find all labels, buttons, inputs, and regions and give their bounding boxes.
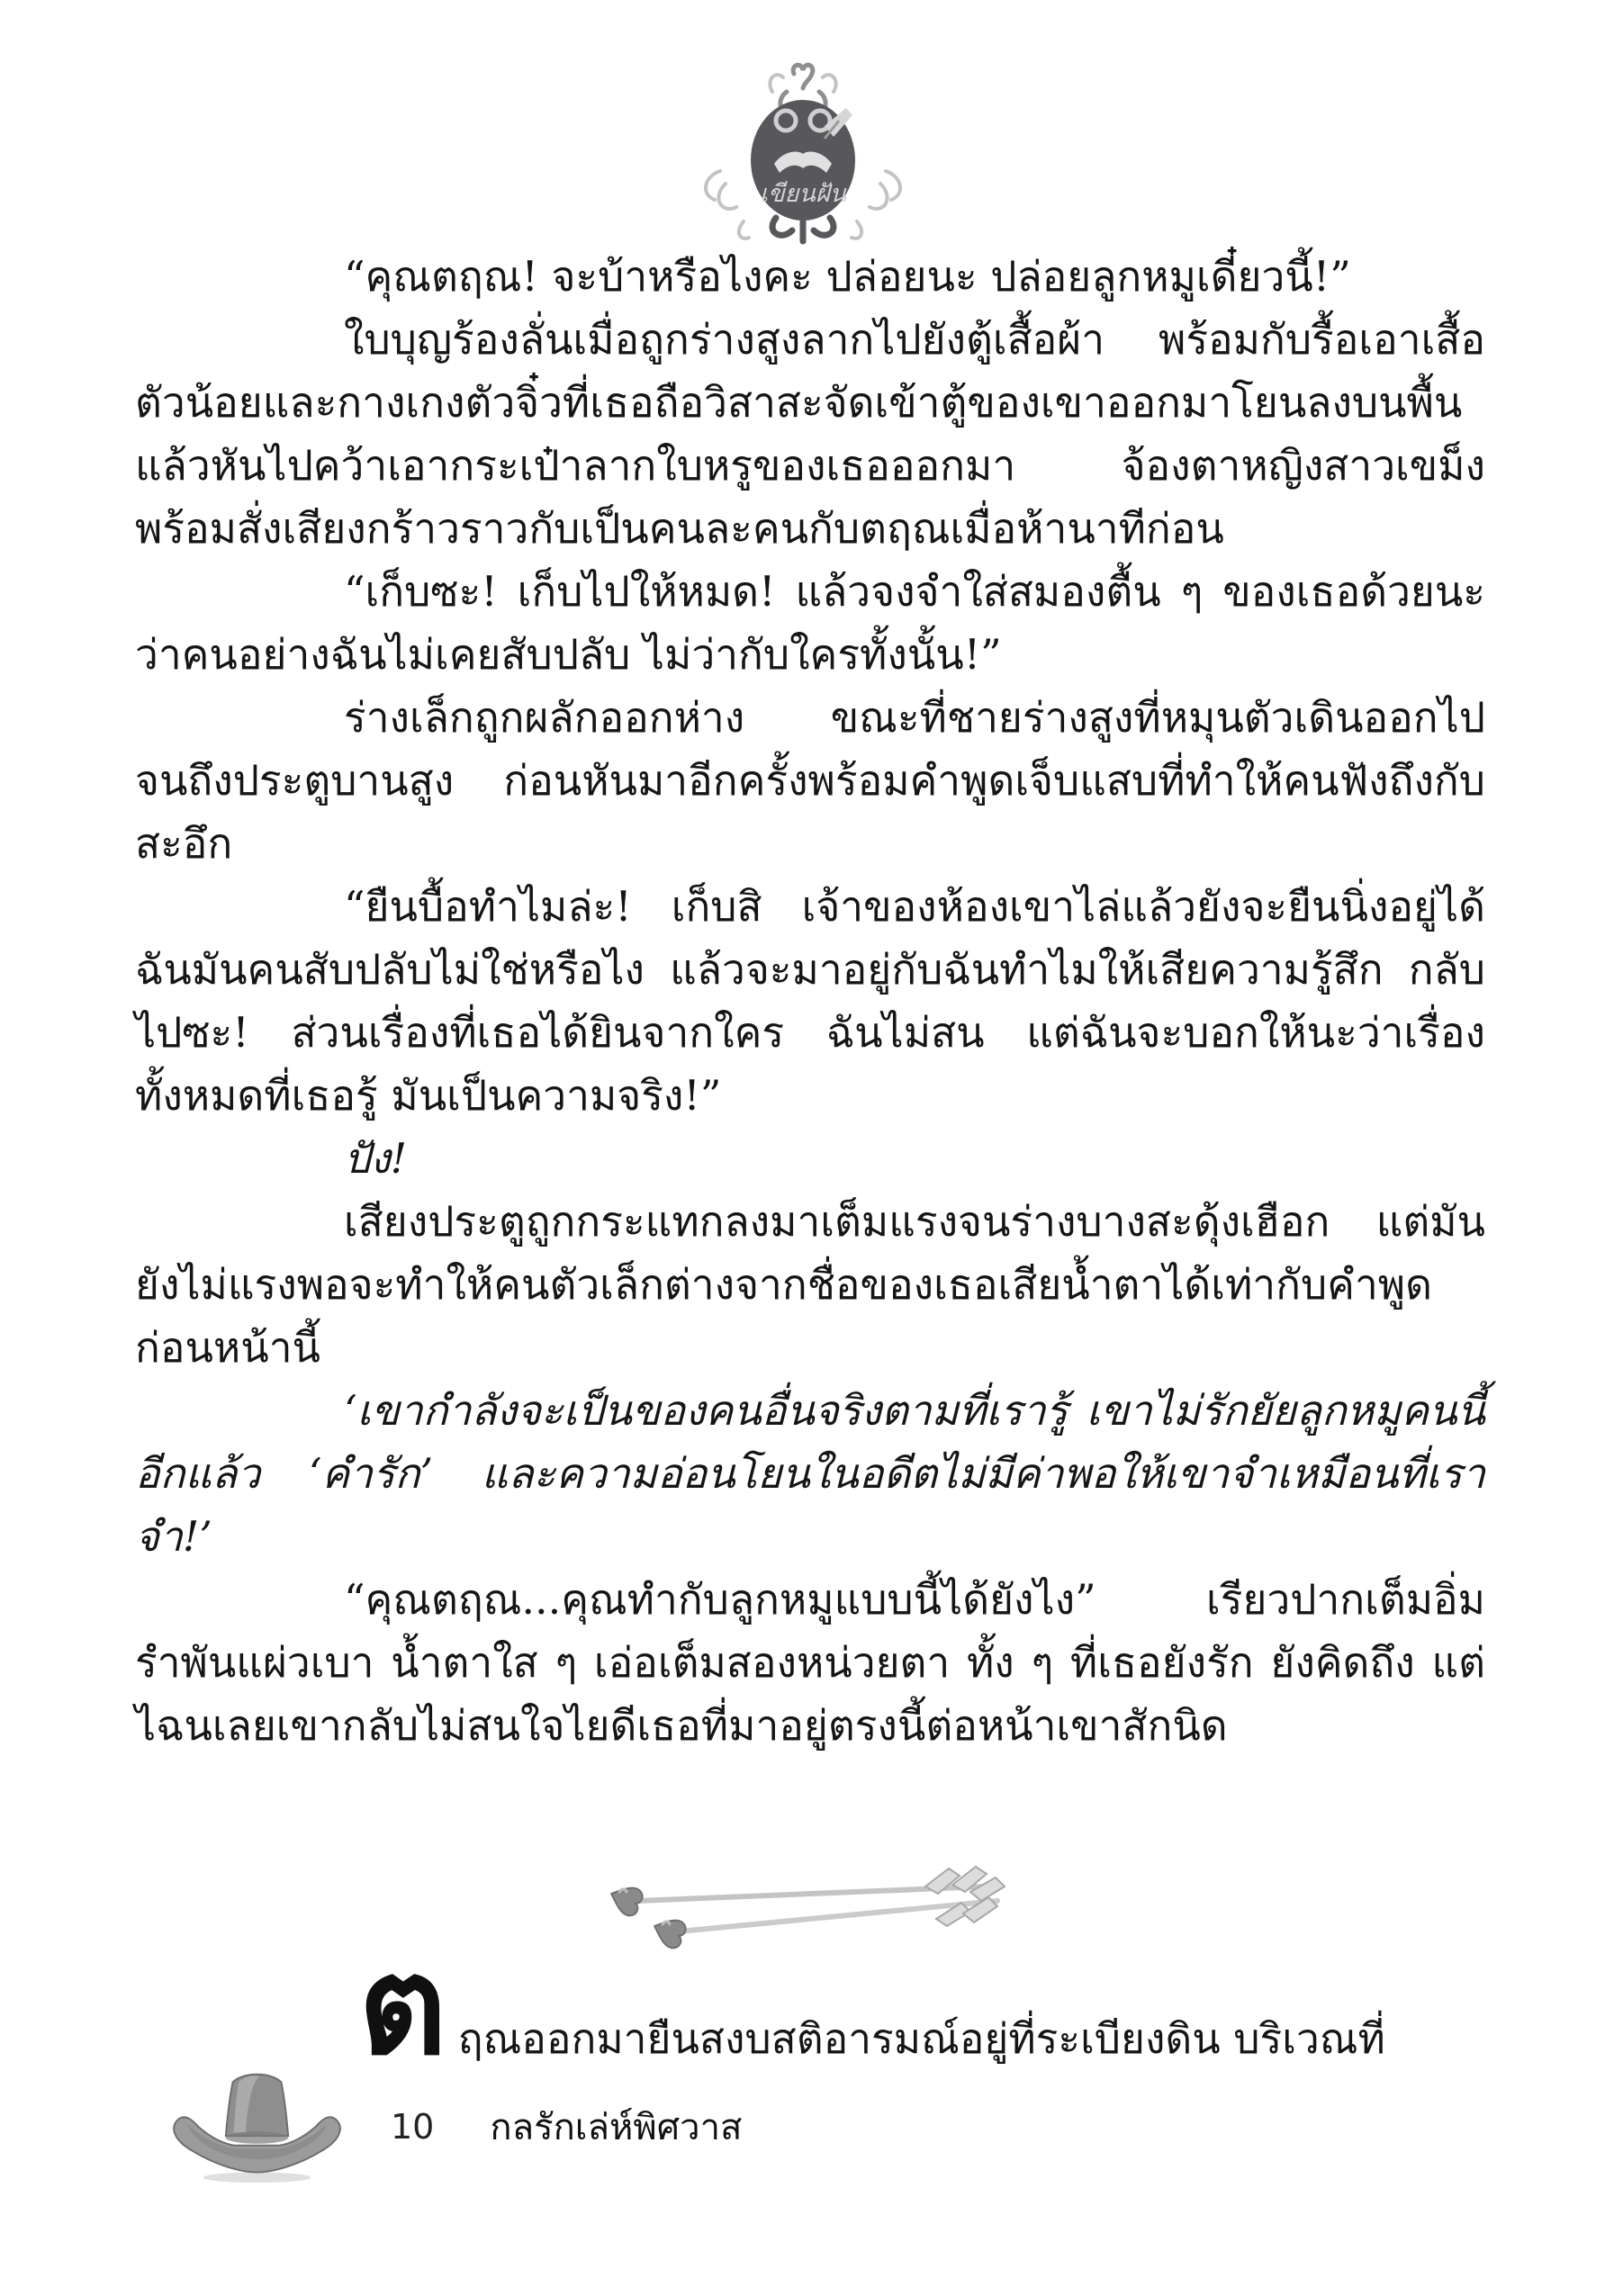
drop-cap: ต <box>358 1937 447 2074</box>
paragraph-thought: ‘เขากำลังจะเป็นของคนอื่นจริงตามที่เรารู้… <box>135 1379 1485 1568</box>
page-body: “คุณตฤณ! จะบ้าหรือไงคะ ปล่อยนะ ปล่อยลูกห… <box>135 245 1485 1757</box>
section-divider <box>578 1847 1028 1950</box>
cupid-heart-arrows-icon <box>578 1847 1028 1950</box>
publisher-logo-text: เขียนฝัน <box>759 180 847 208</box>
paragraph-narration-1: ใบบุญร้องลั่นเมื่อถูกร่างสูงลากไปยังตู้เ… <box>135 308 1485 560</box>
book-title: กลรักเล่ห์พิศวาส <box>490 2098 742 2156</box>
paragraph-dialogue-1: “คุณตฤณ! จะบ้าหรือไงคะ ปล่อยนะ ปล่อยลูกห… <box>135 245 1485 308</box>
publisher-logo: เขียนฝัน <box>690 61 916 247</box>
book-and-quill-emblem-icon: เขียนฝัน <box>690 61 916 247</box>
paragraph-dialogue-4: “คุณตฤณ...คุณทำกับลูกหมูแบบนี้ได้ยังไง” … <box>135 1568 1485 1757</box>
page-number: 10 <box>391 2107 434 2147</box>
paragraph-dialogue-3: “ยืนบื้อทำไมล่ะ! เก็บสิ เจ้าของห้องเขาไล… <box>135 875 1485 1127</box>
opening-text: ฤณออกมายืนสงบสติอารมณ์อยู่ที่ระเบียงดิน … <box>458 2007 1385 2070</box>
paragraph-narration-2: ร่างเล็กถูกผลักออกห่าง ขณะที่ชายร่างสูงท… <box>135 686 1485 875</box>
paragraph-dialogue-2: “เก็บซะ! เก็บไปให้หมด! แล้วจงจำใส่สมองตื… <box>135 560 1485 686</box>
book-page: เขียนฝัน “คุณตฤณ! จะบ้าหรือไงคะ ปล่อยนะ … <box>0 0 1605 2296</box>
section-opening: ต ฤณออกมายืนสงบสติอารมณ์อยู่ที่ระเบียงดิ… <box>358 1937 1474 2074</box>
paragraph-narration-3: เสียงประตูถูกกระแทกลงมาเต็มแรงจนร่างบางส… <box>135 1190 1485 1379</box>
cowboy-hat-icon <box>165 2068 349 2185</box>
paragraph-sound-effect: ปัง! <box>135 1127 1485 1190</box>
page-footer: 10 กลรักเล่ห์พิศวาส <box>165 2068 742 2185</box>
